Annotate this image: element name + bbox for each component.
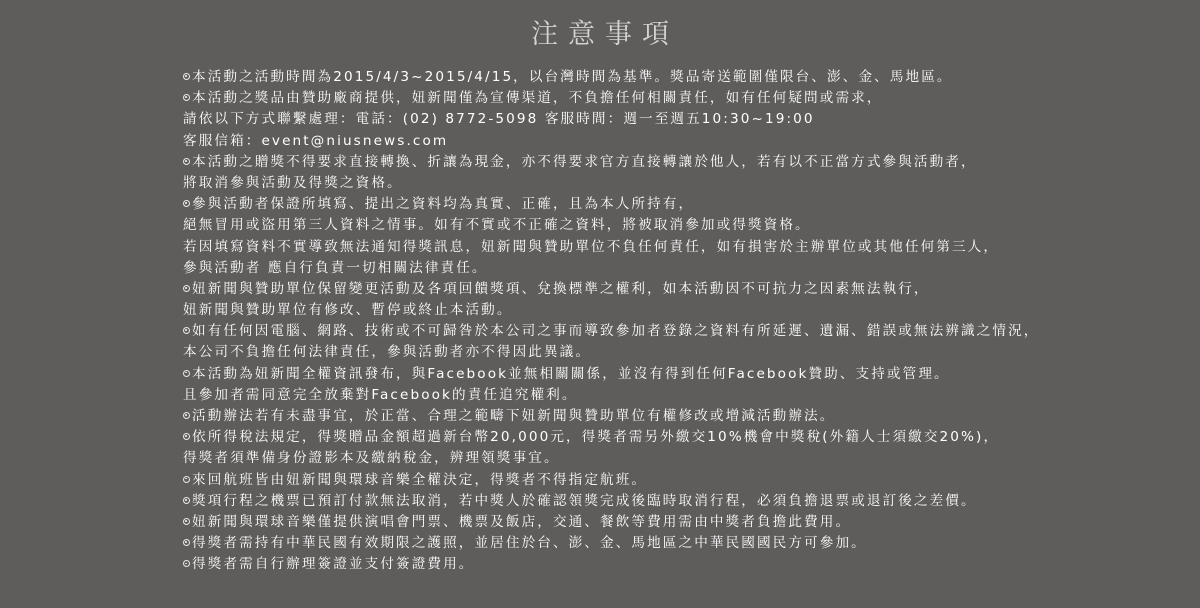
bullet-icon <box>183 73 190 80</box>
notice-line: 得獎者須準備身份證影本及繳納稅金，辨理領獎事宜。 <box>183 448 1183 469</box>
bullet-icon <box>183 412 190 419</box>
notice-line: 依所得稅法規定，得獎贈品金額超過新台幣20,000元，得獎者需另外繳交10%機會… <box>183 427 1183 448</box>
notice-line-text: 妞新聞與贊助單位保留變更活動及各項回饋獎項、兌換標準之權利，如本活動因不可抗力之… <box>192 281 930 297</box>
notice-line-text: 客服信箱：event@niusnews.com <box>183 133 448 149</box>
notice-panel: 注意事項 本活動之活動時間為2015/4/3~2015/4/15，以台灣時間為基… <box>0 0 1200 608</box>
notice-line-text: 妞新聞與贊助單位有修改、暫停或終止本活動。 <box>183 302 513 318</box>
bullet-icon <box>183 539 190 546</box>
notice-line-text: 得獎者需自行辦理簽證並支付簽證費用。 <box>192 556 475 572</box>
notice-line: 參與活動者 應自行負責一切相關法律責任。 <box>183 258 1183 279</box>
notice-line-text: 妞新聞與環球音樂僅提供演唱會門票、機票及飯店，交通、餐飲等費用需由中獎者負擔此費… <box>192 514 851 530</box>
notice-line: 活動辦法若有未盡事宜，於正當、合理之範疇下妞新聞與贊助單位有權修改或增減活動辦法… <box>183 406 1183 427</box>
notice-line-text: 如有任何因電腦、網路、技術或不可歸咎於本公司之事而導致參加者登錄之資料有所延遲、… <box>192 323 1039 339</box>
notice-line: 本活動為妞新聞全權資訊發布，與Facebook並無相關關係，並沒有得到任何Fac… <box>183 364 1183 385</box>
notice-line-text: 本活動之獎品由贊助廠商提供，妞新聞僅為宣傳渠道，不負擔任何相關責任，如有任何疑問… <box>192 90 883 106</box>
notice-line-text: 活動辦法若有未盡事宜，於正當、合理之範疇下妞新聞與贊助單位有權修改或增減活動辦法… <box>192 408 835 424</box>
notice-line: 本活動之獎品由贊助廠商提供，妞新聞僅為宣傳渠道，不負擔任何相關責任，如有任何疑問… <box>183 88 1183 109</box>
bullet-icon <box>183 200 190 207</box>
notice-line: 本活動之贈獎不得要求直接轉換、折讓為現金，亦不得要求官方直接轉讓於他人，若有以不… <box>183 152 1183 173</box>
notice-line: 妞新聞與環球音樂僅提供演唱會門票、機票及飯店，交通、餐飲等費用需由中獎者負擔此費… <box>183 512 1183 533</box>
notice-line-text: 參與活動者 應自行負責一切相關法律責任。 <box>183 260 488 276</box>
notice-line: 得獎者需自行辦理簽證並支付簽證費用。 <box>183 554 1183 575</box>
notice-line: 如有任何因電腦、網路、技術或不可歸咎於本公司之事而導致參加者登錄之資料有所延遲、… <box>183 321 1183 342</box>
notice-line-text: 得獎者需持有中華民國有效期限之護照，並居住於台、澎、金、馬地區之中華民國國民方可… <box>192 535 867 551</box>
bullet-icon <box>183 327 190 334</box>
notice-title: 注意事項 <box>0 18 1200 52</box>
bullet-icon <box>183 560 190 567</box>
notice-line-text: 且參加者需同意完全放棄對Facebook的責任追究權利。 <box>183 387 578 403</box>
notice-line: 得獎者需持有中華民國有效期限之護照，並居住於台、澎、金、馬地區之中華民國國民方可… <box>183 533 1183 554</box>
notice-line: 絕無冒用或盜用第三人資料之情事。如有不實或不正確之資料，將被取消參加或得獎資格。 <box>183 215 1183 236</box>
notice-line-text: 本活動為妞新聞全權資訊發布，與Facebook並無相關關係，並沒有得到任何Fac… <box>192 366 950 382</box>
notice-line: 來回航班皆由妞新聞與環球音樂全權決定，得獎者不得指定航班。 <box>183 470 1183 491</box>
notice-line-text: 本活動之贈獎不得要求直接轉換、折讓為現金，亦不得要求官方直接轉讓於他人，若有以不… <box>192 154 977 170</box>
notice-line: 本活動之活動時間為2015/4/3~2015/4/15，以台灣時間為基準。獎品寄… <box>183 67 1183 88</box>
notice-line-text: 本公司不負擔任何法律責任，參與活動者亦不得因此異議。 <box>183 344 591 360</box>
notice-line-text: 得獎者須準備身份證影本及繳納稅金，辨理領獎事宜。 <box>183 450 560 466</box>
bullet-icon <box>183 158 190 165</box>
notice-line: 本公司不負擔任何法律責任，參與活動者亦不得因此異議。 <box>183 342 1183 363</box>
notice-line: 將取消參與活動及得獎之資格。 <box>183 173 1183 194</box>
notice-line: 獎項行程之機票已預訂付款無法取消，若中獎人於確認領獎完成後臨時取消行程，必須負擔… <box>183 491 1183 512</box>
notice-line: 客服信箱：event@niusnews.com <box>183 131 1183 152</box>
bullet-icon <box>183 518 190 525</box>
notice-line-text: 將取消參與活動及得獎之資格。 <box>183 175 403 191</box>
notice-line-text: 若因填寫資料不實導致無法通知得獎訊息，妞新聞與贊助單位不負任何責任，如有損害於主… <box>183 239 999 255</box>
bullet-icon <box>183 433 190 440</box>
notice-line-text: 絕無冒用或盜用第三人資料之情事。如有不實或不正確之資料，將被取消參加或得獎資格。 <box>183 217 811 233</box>
notice-line-text: 來回航班皆由妞新聞與環球音樂全權決定，得獎者不得指定航班。 <box>192 472 647 488</box>
notice-line-text: 依所得稅法規定，得獎贈品金額超過新台幣20,000元，得獎者需另外繳交10%機會… <box>192 429 999 445</box>
notice-line: 妞新聞與贊助單位保留變更活動及各項回饋獎項、兌換標準之權利，如本活動因不可抗力之… <box>183 279 1183 300</box>
notice-line: 請依以下方式聯繫處理：電話：(02) 8772-5098 客服時間：週一至週五1… <box>183 109 1183 130</box>
notice-line-text: 請依以下方式聯繫處理：電話：(02) 8772-5098 客服時間：週一至週五1… <box>183 111 815 127</box>
notice-line: 若因填寫資料不實導致無法通知得獎訊息，妞新聞與贊助單位不負任何責任，如有損害於主… <box>183 237 1183 258</box>
notice-line: 參與活動者保證所填寫、提出之資料均為真實、正確，且為本人所持有， <box>183 194 1183 215</box>
bullet-icon <box>183 476 190 483</box>
bullet-icon <box>183 370 190 377</box>
notice-line: 妞新聞與贊助單位有修改、暫停或終止本活動。 <box>183 300 1183 321</box>
notice-list: 本活動之活動時間為2015/4/3~2015/4/15，以台灣時間為基準。獎品寄… <box>183 67 1183 576</box>
bullet-icon <box>183 497 190 504</box>
notice-line-text: 參與活動者保證所填寫、提出之資料均為真實、正確，且為本人所持有， <box>192 196 694 212</box>
notice-line: 且參加者需同意完全放棄對Facebook的責任追究權利。 <box>183 385 1183 406</box>
notice-line-text: 獎項行程之機票已預訂付款無法取消，若中獎人於確認領獎完成後臨時取消行程，必須負擔… <box>192 493 977 509</box>
bullet-icon <box>183 94 190 101</box>
notice-line-text: 本活動之活動時間為2015/4/3~2015/4/15，以台灣時間為基準。獎品寄… <box>192 69 953 85</box>
bullet-icon <box>183 285 190 292</box>
